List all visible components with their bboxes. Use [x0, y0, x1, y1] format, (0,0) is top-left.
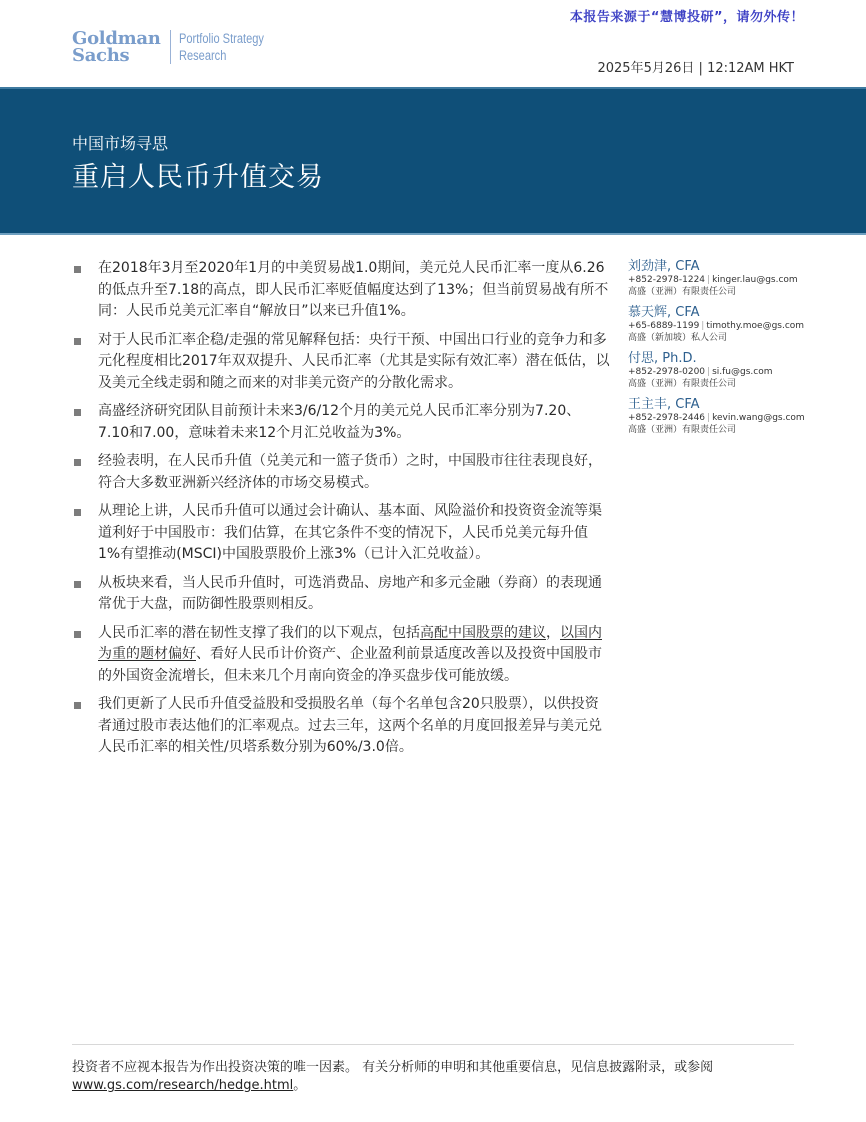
analyst-email[interactable]: kevin.wang@gs.com [712, 413, 805, 423]
analyst-email[interactable]: kinger.lau@gs.com [712, 275, 798, 285]
analyst-name: 慕天辉, CFA [628, 304, 848, 321]
series-title: 中国市场寻思 [72, 131, 168, 154]
analyst-name: 刘劲津, CFA [628, 258, 848, 275]
analyst-email[interactable]: timothy.moe@gs.com [706, 321, 804, 331]
title-banner: 中国市场寻思 重启人民币升值交易 [0, 87, 866, 235]
key-point: 在2018年3月至2020年1月的中美贸易战1.0期间，美元兑人民币汇率一度从6… [72, 258, 610, 323]
bullet-square-icon [74, 266, 81, 273]
key-point: 高盛经济研究团队目前预计未来3/6/12个月的美元兑人民币汇率分别为7.20、7… [72, 401, 610, 444]
analyst-phone: +65-6889-1199 [628, 321, 699, 331]
publish-date: 2025年5月26日 [597, 61, 694, 76]
bullet-square-icon [74, 459, 81, 466]
goldman-sachs-logo: Goldman Sachs Portfolio Strategy Researc… [72, 30, 282, 64]
logo-wordmark: Goldman Sachs [72, 30, 161, 64]
report-title: 重启人民币升值交易 [72, 155, 324, 194]
footer-divider [72, 1044, 794, 1045]
overweight-china-link[interactable]: 高配中国股票的建议 [420, 625, 546, 641]
logo-division: Portfolio Strategy Research [179, 30, 264, 64]
analyst-list: 刘劲津, CFA +852-2978-1224|kinger.lau@gs.co… [628, 258, 848, 442]
key-points-list: 在2018年3月至2020年1月的中美贸易战1.0期间，美元兑人民币汇率一度从6… [72, 258, 610, 766]
analyst-email[interactable]: si.fu@gs.com [712, 367, 772, 377]
disclosure-link[interactable]: www.gs.com/research/hedge.html [72, 1078, 293, 1093]
analyst-name: 王主丰, CFA [628, 396, 848, 413]
bullet-square-icon [74, 631, 81, 638]
analyst-entity: 高盛（亚洲）有限责任公司 [628, 424, 848, 436]
key-point: 从理论上讲，人民币升值可以通过会计确认、基本面、风险溢价和投资资金流等渠道利好于… [72, 501, 610, 566]
analyst-entity: 高盛（亚洲）有限责任公司 [628, 378, 848, 390]
analyst-card: 刘劲津, CFA +852-2978-1224|kinger.lau@gs.co… [628, 258, 848, 298]
key-point: 人民币汇率的潜在韧性支撑了我们的以下观点，包括高配中国股票的建议，以国内为重的题… [72, 623, 610, 688]
key-point: 经验表明，在人民币升值（兑美元和一篮子货币）之时，中国股市往往表现良好，符合大多… [72, 451, 610, 494]
analyst-entity: 高盛（亚洲）有限责任公司 [628, 286, 848, 298]
source-watermark: 本报告来源于“慧博投研”，请勿外传！ [570, 6, 804, 25]
bullet-square-icon [74, 702, 81, 709]
disclaimer: 投资者不应视本报告为作出投资决策的唯一因素。 有关分析师的申明和其他重要信息，见… [72, 1059, 812, 1095]
analyst-card: 付思, Ph.D. +852-2978-0200|si.fu@gs.com 高盛… [628, 350, 848, 390]
analyst-phone: +852-2978-0200 [628, 367, 705, 377]
bullet-square-icon [74, 338, 81, 345]
analyst-phone: +852-2978-1224 [628, 275, 705, 285]
logo-divider [170, 30, 171, 64]
bullet-square-icon [74, 509, 81, 516]
bullet-square-icon [74, 409, 81, 416]
publish-time: 12:12AM HKT [707, 61, 794, 76]
analyst-name: 付思, Ph.D. [628, 350, 848, 367]
analyst-card: 慕天辉, CFA +65-6889-1199|timothy.moe@gs.co… [628, 304, 848, 344]
analyst-card: 王主丰, CFA +852-2978-2446|kevin.wang@gs.co… [628, 396, 848, 436]
publish-dateline: 2025年5月26日 | 12:12AM HKT [597, 57, 794, 76]
dateline-separator: | [699, 61, 703, 76]
bullet-square-icon [74, 581, 81, 588]
analyst-phone: +852-2978-2446 [628, 413, 705, 423]
key-point: 对于人民币汇率企稳/走强的常见解释包括：央行干预、中国出口行业的竞争力和多元化程… [72, 330, 610, 395]
key-point: 从板块来看，当人民币升值时，可选消费品、房地产和多元金融（券商）的表现通常优于大… [72, 573, 610, 616]
analyst-entity: 高盛（新加坡）私人公司 [628, 332, 848, 344]
key-point: 我们更新了人民币升值受益股和受损股名单（每个名单包含20只股票），以供投资者通过… [72, 694, 610, 759]
